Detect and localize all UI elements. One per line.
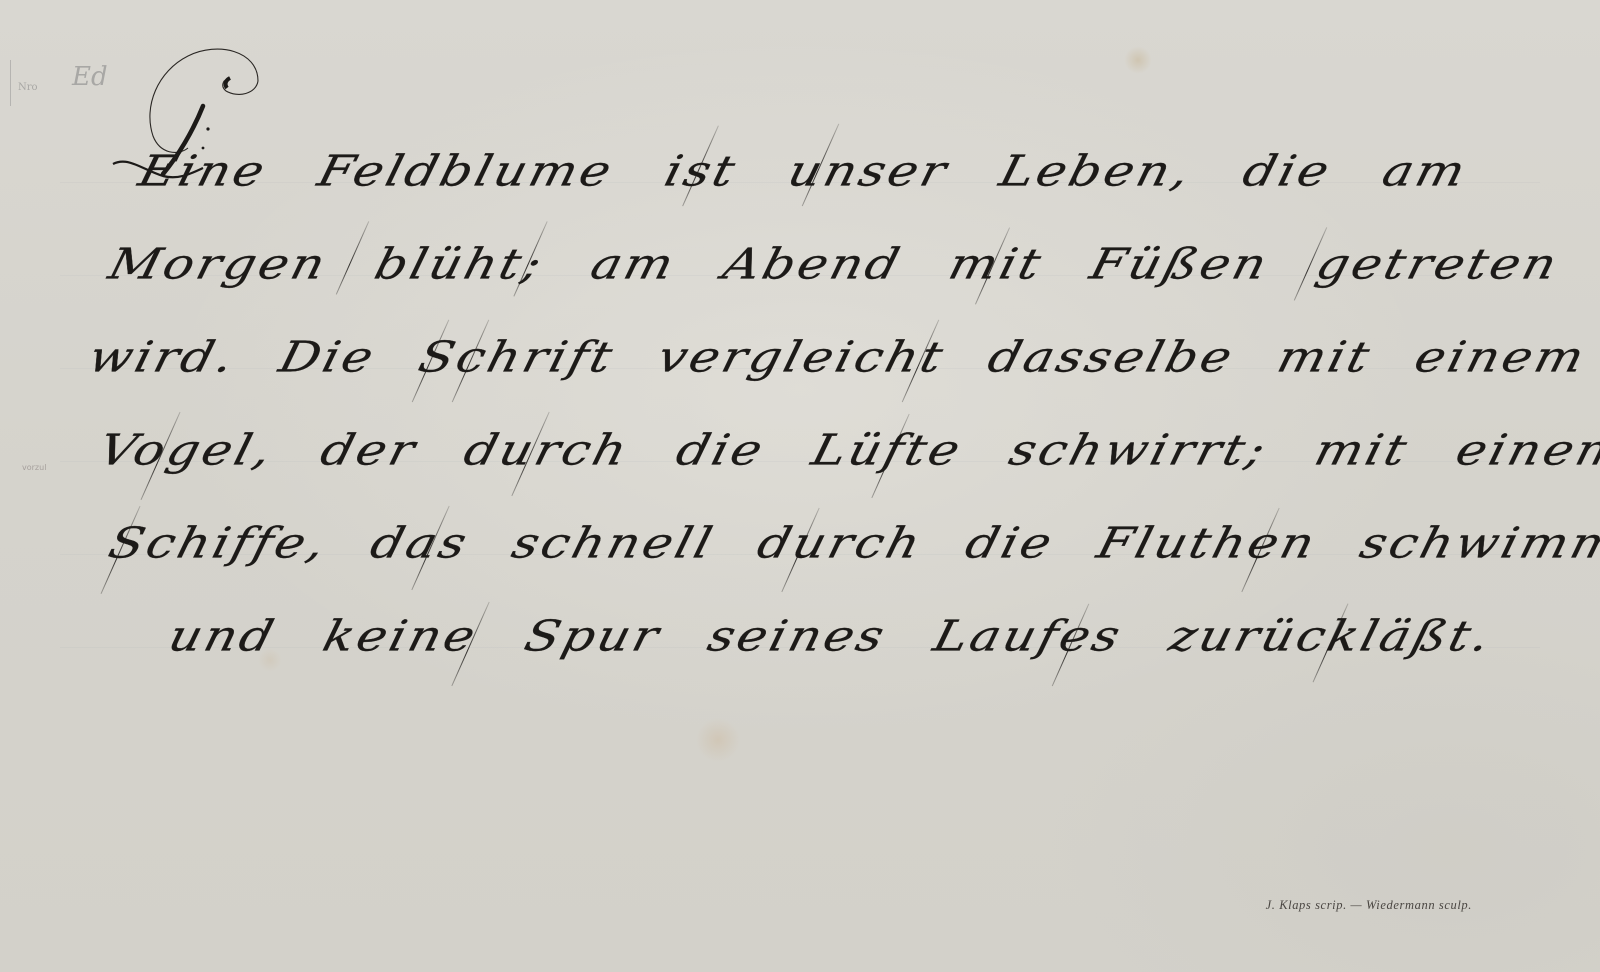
script-line-6: und keine Spur seines Laufes zurückläßt. [80,583,1543,676]
pencil-stroke [10,60,11,106]
script-line-text: und keine Spur seines Laufes zurückläßt. [160,597,1501,676]
margin-mark: vorzul [22,463,46,472]
calligraphy-sheet: Nro Ed vorzul Eine Feldblume ist unser L… [0,0,1600,972]
script-line-text: Schiffe, das schnell durch die Fluthen s… [100,504,1600,583]
engraver-credit: J. Klaps scrip. — Wiedermann sculp. [1266,898,1472,913]
script-line-text: Vogel, der durch die Lüfte schwirrt; mit… [90,411,1600,490]
script-line-3: wird. Die Schrift vergleicht dasselbe mi… [80,304,1543,397]
pencil-note-small: Nro [18,82,38,93]
script-line-1: Eine Feldblume ist unser Leben, die am [80,118,1543,211]
script-line-text: Morgen blüht; am Abend mit Füßen getrete… [100,225,1568,304]
script-line-2: Morgen blüht; am Abend mit Füßen getrete… [80,211,1543,304]
pencil-note-large: Ed [72,62,108,92]
script-text-block: Eine Feldblume ist unser Leben, die am M… [80,118,1520,676]
script-line-text: wird. Die Schrift vergleicht dasselbe mi… [80,318,1595,397]
script-line-text: Eine Feldblume ist unser Leben, die am [130,132,1477,211]
script-line-4: Vogel, der durch die Lüfte schwirrt; mit… [80,397,1543,490]
script-line-5: Schiffe, das schnell durch die Fluthen s… [80,490,1543,583]
